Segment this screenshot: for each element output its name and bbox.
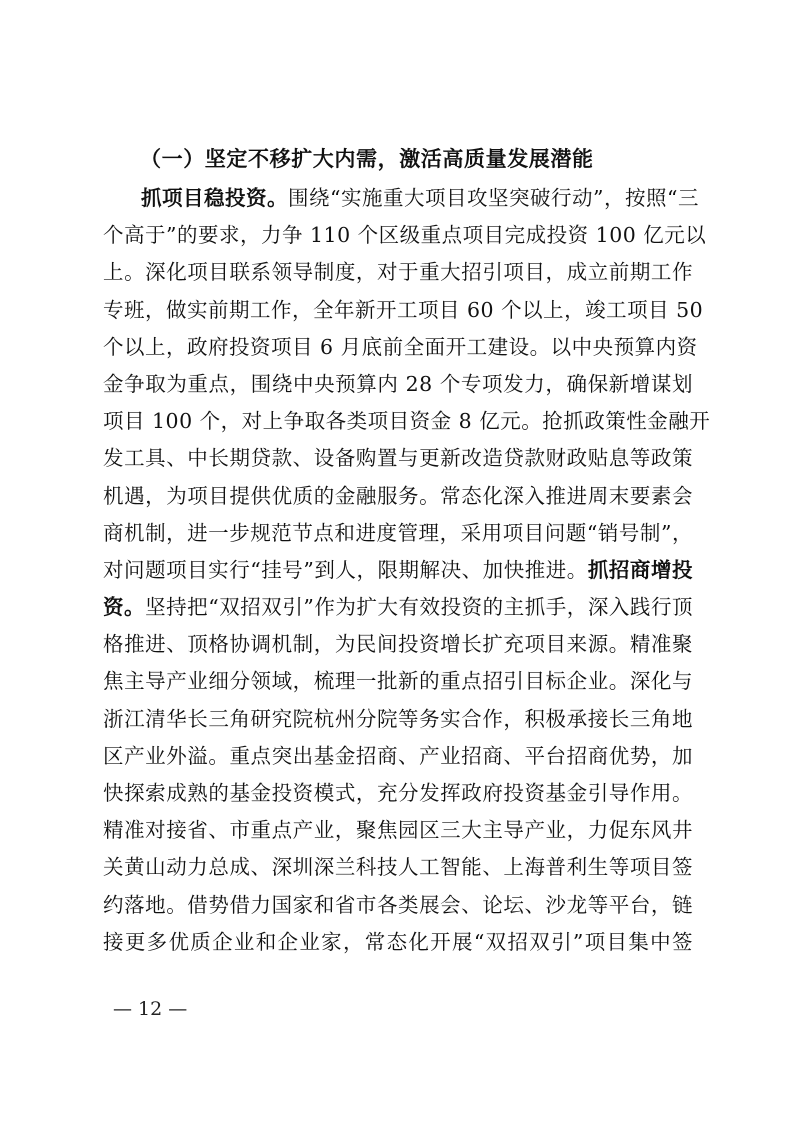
line-text: 机遇，为项目提供优质的金融服务。常态化深入推进周末要素会 <box>103 484 693 508</box>
text-line: 金争取为重点，围绕中央预算内 28 个专项发力，确保新增谋划 <box>103 366 693 403</box>
line-text: 金争取为重点，围绕中央预算内 28 个专项发力，确保新增谋划 <box>103 372 693 396</box>
text-line: 机遇，为项目提供优质的金融服务。常态化深入推进周末要素会 <box>103 478 693 515</box>
text-line: 上。深化项目联系领导制度，对于重大招引项目，成立前期工作 <box>103 254 693 291</box>
text-line: 焦主导产业细分领域，梳理一批新的重点招引目标企业。深化与 <box>103 663 693 700</box>
line-text: 围绕“实施重大项目攻坚突破行动”，按照“三 <box>288 186 699 210</box>
line-text: 浙江清华长三角研究院杭州分院等务实合作，积极承接长三角地 <box>103 707 693 731</box>
line-text: 接更多优质企业和企业家，常态化开展“双招双引”项目集中签 <box>103 930 693 954</box>
text-line: 商机制，进一步规范节点和进度管理，采用项目问题“销号制”， <box>103 515 693 552</box>
line-text: 上。深化项目联系领导制度，对于重大招引项目，成立前期工作 <box>103 260 693 284</box>
document-page: （一）坚定不移扩大内需，激活高质量发展潜能 抓项目稳投资。围绕“实施重大项目攻坚… <box>0 0 793 1122</box>
bold-lead-in: 抓项目稳投资。 <box>141 186 288 210</box>
bold-lead-in: 资。 <box>103 595 145 619</box>
text-line: 个高于”的要求，力争 110 个区级重点项目完成投资 100 亿元以 <box>103 217 693 254</box>
line-text: 对问题项目实行“挂号”到人，限期解决、加快推进。 <box>103 558 588 582</box>
line-text: 发工具、中长期贷款、设备购置与更新改造贷款财政贴息等政策 <box>103 446 693 470</box>
text-line: 专班，做实前期工作，全年新开工项目 60 个以上，竣工项目 50 <box>103 292 693 329</box>
line-text: 个高于”的要求，力争 110 个区级重点项目完成投资 100 亿元以 <box>103 223 706 247</box>
text-line: 资。坚持把“双招双引”作为扩大有效投资的主抓手，深入践行顶 <box>103 589 693 626</box>
line-text: 关黄山动力总成、深圳深兰科技人工智能、上海普利生等项目签 <box>103 855 693 879</box>
line-text: 约落地。借势借力国家和省市各类展会、论坛、沙龙等平台，链 <box>103 893 693 917</box>
line-text: 个以上，政府投资项目 6 月底前全面开工建设。以中央预算内资 <box>103 335 698 359</box>
line-text: 格推进、顶格协调机制，为民间投资增长扩充项目来源。精准聚 <box>103 632 693 656</box>
text-line: 精准对接省、市重点产业，聚焦园区三大主导产业，力促东风井 <box>103 812 693 849</box>
text-line: 约落地。借势借力国家和省市各类展会、论坛、沙龙等平台，链 <box>103 887 693 924</box>
section-heading: （一）坚定不移扩大内需，激活高质量发展潜能 <box>140 143 594 173</box>
text-line: 接更多优质企业和企业家，常态化开展“双招双引”项目集中签 <box>103 924 693 961</box>
text-line: 格推进、顶格协调机制，为民间投资增长扩充项目来源。精准聚 <box>103 626 693 663</box>
text-line: 快探索成熟的基金投资模式，充分发挥政府投资基金引导作用。 <box>103 775 693 812</box>
page-number: — 12 — <box>113 998 187 1020</box>
text-line: 抓项目稳投资。围绕“实施重大项目攻坚突破行动”，按照“三 <box>103 180 693 217</box>
line-text: 快探索成熟的基金投资模式，充分发挥政府投资基金引导作用。 <box>103 781 693 805</box>
line-text: 项目 100 个，对上争取各类项目资金 8 亿元。抢抓政策性金融开 <box>103 409 710 433</box>
line-text: 精准对接省、市重点产业，聚焦园区三大主导产业，力促东风井 <box>103 818 693 842</box>
text-line: 对问题项目实行“挂号”到人，限期解决、加快推进。抓招商增投 <box>103 552 693 589</box>
text-line: 发工具、中长期贷款、设备购置与更新改造贷款财政贴息等政策 <box>103 440 693 477</box>
body-paragraph: 抓项目稳投资。围绕“实施重大项目攻坚突破行动”，按照“三 个高于”的要求，力争 … <box>103 180 693 961</box>
line-text: 区产业外溢。重点突出基金招商、产业招商、平台招商优势，加 <box>103 744 693 768</box>
text-line: 项目 100 个，对上争取各类项目资金 8 亿元。抢抓政策性金融开 <box>103 403 693 440</box>
bold-lead-in: 抓招商增投 <box>588 558 693 582</box>
line-text: 坚持把“双招双引”作为扩大有效投资的主抓手，深入践行顶 <box>145 595 693 619</box>
text-line: 区产业外溢。重点突出基金招商、产业招商、平台招商优势，加 <box>103 738 693 775</box>
text-line: 关黄山动力总成、深圳深兰科技人工智能、上海普利生等项目签 <box>103 849 693 886</box>
line-text: 焦主导产业细分领域，梳理一批新的重点招引目标企业。深化与 <box>103 669 693 693</box>
line-text: 专班，做实前期工作，全年新开工项目 60 个以上，竣工项目 50 <box>103 298 703 322</box>
text-line: 个以上，政府投资项目 6 月底前全面开工建设。以中央预算内资 <box>103 329 693 366</box>
text-line: 浙江清华长三角研究院杭州分院等务实合作，积极承接长三角地 <box>103 701 693 738</box>
line-text: 商机制，进一步规范节点和进度管理，采用项目问题“销号制”， <box>103 521 693 545</box>
